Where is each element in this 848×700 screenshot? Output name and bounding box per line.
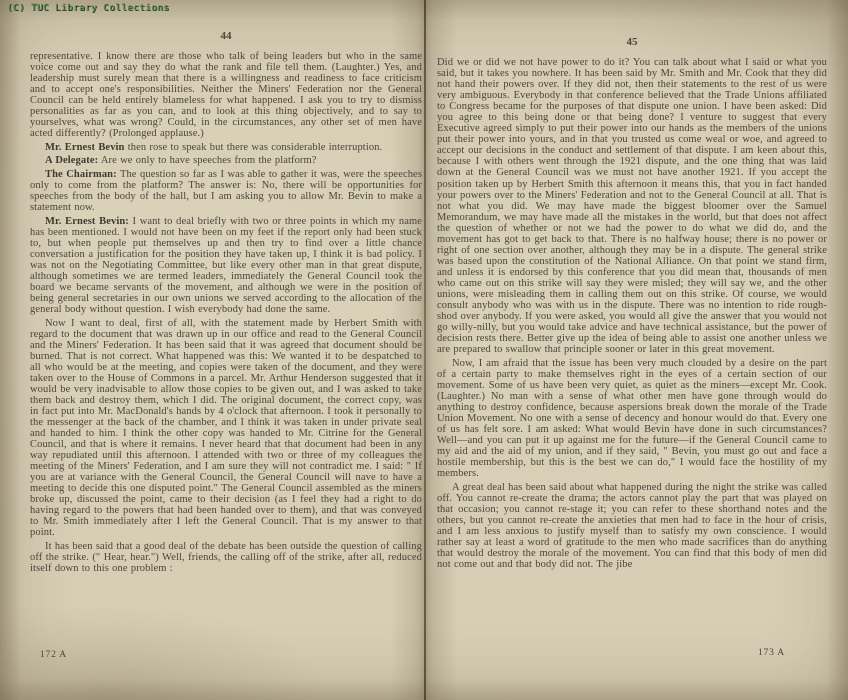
paragraph: A Delegate: Are we only to have speeches… <box>30 155 422 166</box>
page-number-left: 44 <box>30 30 422 42</box>
left-page-footer: 172 A <box>40 650 67 660</box>
paragraph: It has been said that a good deal of the… <box>30 541 422 574</box>
paragraph: A great deal has been said about what ha… <box>437 482 827 570</box>
right-page-text: Did we or did we not have power to do it… <box>437 57 827 570</box>
paragraph: representative. I know there are those w… <box>30 51 422 139</box>
left-page: 44 representative. I know there are thos… <box>30 30 422 688</box>
paragraph: Now, I am afraid that the issue has been… <box>437 358 827 480</box>
paragraph: Mr. Ernest Bevin: I want to deal briefly… <box>30 216 422 315</box>
page-gutter-line <box>424 0 426 700</box>
left-page-text: representative. I know there are those w… <box>30 51 422 574</box>
right-page-footer: 173 A <box>758 648 785 658</box>
copyright-overlay: (C) TUC Library Collections <box>7 3 170 13</box>
right-page: 45 Did we or did we not have power to do… <box>437 36 827 694</box>
scanned-book-spread: (C) TUC Library Collections 44 represent… <box>0 0 848 700</box>
paragraph: Did we or did we not have power to do it… <box>437 57 827 355</box>
paragraph: Mr. Ernest Bevin then rose to speak but … <box>30 142 422 153</box>
paragraph: The Chairman: The question so far as I w… <box>30 169 422 213</box>
page-number-right: 45 <box>437 36 827 48</box>
paragraph: Now I want to deal, first of all, with t… <box>30 318 422 539</box>
